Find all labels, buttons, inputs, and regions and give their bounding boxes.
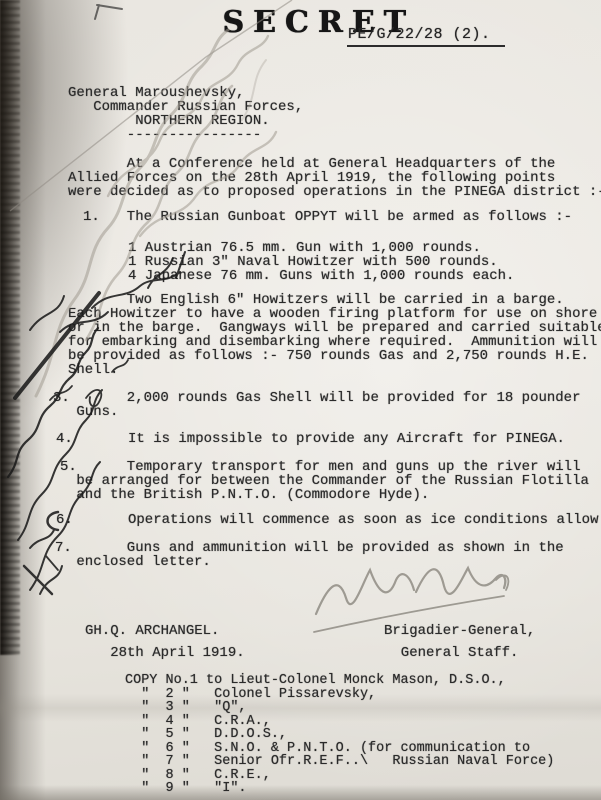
item-7-line-2: enclosed letter. bbox=[68, 555, 564, 569]
item-2-paragraph: Two English 6" Howitzers will be carried… bbox=[68, 293, 601, 377]
intro-paragraph: At a Conference held at General Headquar… bbox=[68, 157, 601, 199]
distribution-row-1: COPY No.1 to Lieut-Colonel Monck Mason, … bbox=[125, 674, 554, 688]
intro-line-3: were decided as to proposed operations i… bbox=[68, 185, 601, 199]
ink-path bbox=[46, 556, 58, 570]
item-2-line-4: for embarking and disembarking where req… bbox=[68, 335, 601, 349]
signature-path bbox=[316, 570, 414, 614]
item-2-line-5: be provided as follows :- 750 rounds Gas… bbox=[68, 349, 601, 363]
item-2-line-1: Two English 6" Howitzers will be carried… bbox=[68, 293, 601, 307]
signoff-rank: Brigadier-General, bbox=[384, 624, 535, 638]
intro-line-1: At a Conference held at General Headquar… bbox=[68, 157, 601, 171]
item-5-line-1: Temporary transport for men and guns up … bbox=[68, 460, 589, 474]
addressee-block: General Maroushevsky, Commander Russian … bbox=[68, 86, 303, 142]
item-7-paragraph: Guns and ammunition will be provided as … bbox=[68, 541, 564, 569]
distribution-row-3: " 3 " "Q", bbox=[125, 701, 554, 715]
item-3-line-1: 2,000 rounds Gas Shell will be provided … bbox=[68, 391, 580, 405]
addressee-name: General Maroushevsky, bbox=[68, 86, 303, 100]
item-5-line-2: be arranged for between the Commander of… bbox=[68, 474, 589, 488]
item-5-line-3: and the British P.N.T.O. (Commodore Hyde… bbox=[68, 488, 589, 502]
distribution-row-6: " 6 " S.N.O. & P.N.T.O. (for communicati… bbox=[125, 742, 554, 756]
item-1-line-1: The Russian Gunboat OPPYT will be armed … bbox=[68, 210, 572, 224]
item-1-paragraph: The Russian Gunboat OPPYT will be armed … bbox=[68, 210, 572, 224]
signoff-hq: GH.Q. ARCHANGEL. bbox=[85, 624, 245, 638]
item-2-line-2: Each Howitzer to have a wooden firing pl… bbox=[68, 307, 601, 321]
signoff-place-date: GH.Q. ARCHANGEL. 28th April 1919. bbox=[85, 624, 245, 660]
signoff-staff: General Staff. bbox=[384, 646, 535, 660]
armament-line-1: 1 Austrian 76.5 mm. Gun with 1,000 round… bbox=[128, 241, 514, 255]
item-6-paragraph: Operations will commence as soon as ice … bbox=[128, 513, 598, 527]
item-3-paragraph: 2,000 rounds Gas Shell will be provided … bbox=[68, 391, 580, 419]
distribution-row-5: " 5 " D.D.O.S., bbox=[125, 728, 554, 742]
armament-line-2: 1 Russian 3" Naval Howitzer with 500 rou… bbox=[128, 255, 514, 269]
item-5-paragraph: Temporary transport for men and guns up … bbox=[68, 460, 589, 502]
reference-number: PE/G/22/28 (2). bbox=[347, 26, 505, 47]
distribution-row-9: " 9 " "I". bbox=[125, 782, 554, 796]
signoff-date: 28th April 1919. bbox=[85, 646, 245, 660]
item-3-line-2: Guns. bbox=[68, 405, 580, 419]
addressee-title: Commander Russian Forces, bbox=[68, 100, 303, 114]
item-6-number: 6. bbox=[56, 513, 73, 527]
armament-line-3: 4 Japanese 76 mm. Guns with 1,000 rounds… bbox=[128, 269, 514, 283]
item-4-line-1: It is impossible to provide any Aircraft… bbox=[128, 432, 565, 446]
item-4-number: 4. bbox=[56, 432, 73, 446]
addressee-region: NORTHERN REGION. bbox=[68, 114, 303, 128]
item-2-line-3: or in the barge. Gangways will be prepar… bbox=[68, 321, 601, 335]
signoff-rank-block: Brigadier-General, General Staff. bbox=[384, 624, 535, 660]
item-7-line-1: Guns and ammunition will be provided as … bbox=[68, 541, 564, 555]
distribution-row-2: " 2 " Colonel Pissarevsky, bbox=[125, 688, 554, 702]
signature-path bbox=[496, 575, 508, 590]
distribution-row-4: " 4 " C.R.A., bbox=[125, 715, 554, 729]
distribution-list: COPY No.1 to Lieut-Colonel Monck Mason, … bbox=[125, 674, 554, 796]
signature-path bbox=[416, 568, 505, 594]
distribution-row-8: " 8 " C.R.E., bbox=[125, 769, 554, 783]
item-1-armament-list: 1 Austrian 76.5 mm. Gun with 1,000 round… bbox=[128, 241, 514, 283]
classification-stamp: SECRET bbox=[0, 5, 601, 40]
addressee-rule: ---------------- bbox=[68, 128, 303, 142]
item-2-line-6: Shell. bbox=[68, 363, 601, 377]
distribution-row-7: " 7 " Senior Ofr.R.E.F..\ Russian Naval … bbox=[125, 755, 554, 769]
item-6-line-1: Operations will commence as soon as ice … bbox=[128, 513, 598, 527]
intro-line-2: Allied Forces on the 28th April 1919, th… bbox=[68, 171, 601, 185]
scanned-document-page: SECRET PE/G/22/28 (2). General Maroushev… bbox=[0, 0, 601, 800]
item-4-paragraph: It is impossible to provide any Aircraft… bbox=[128, 432, 565, 446]
